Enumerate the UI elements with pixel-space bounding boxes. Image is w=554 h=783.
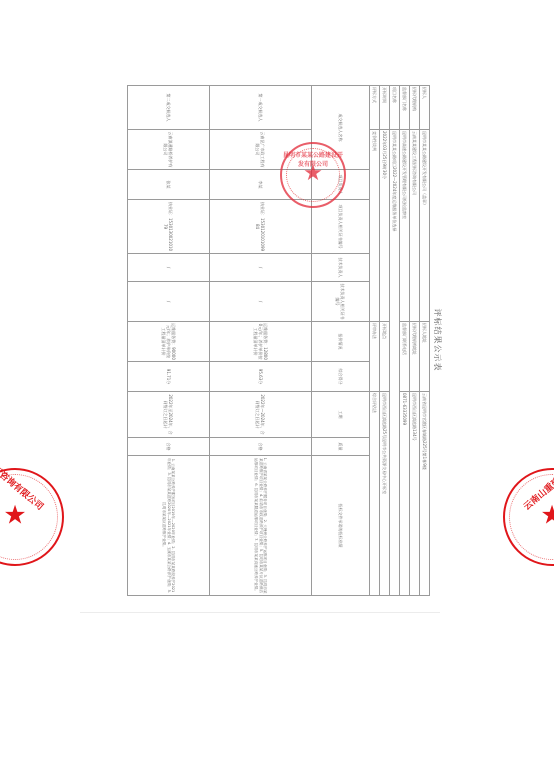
info-label: 招标人地址 — [420, 322, 430, 392]
scan-divider — [80, 612, 440, 613]
header-cell: 质量 — [312, 438, 370, 456]
candidate-tech: / — [210, 254, 312, 282]
info-row: 招标代理机构 云南某某建设工程招标咨询有限公司 招标代理机构地址 昆明市西山区滇… — [410, 86, 420, 596]
star-icon: ★ — [540, 503, 554, 529]
header-cell: 工期 — [312, 392, 370, 438]
candidate-performance: 1. 云南省某某公路养护服务项目业绩；2. 大理州公路养护运维项目业绩；3. 昆… — [210, 456, 312, 596]
star-icon: ★ — [303, 163, 323, 185]
candidate-score: 95.63分 — [210, 362, 312, 392]
candidate-tech-cert: / — [210, 282, 312, 322]
candidate-pm-cert: 执业证：153012010109984 — [210, 200, 312, 254]
header-cell: 项目负责人相关证书编号 — [312, 200, 370, 254]
info-value: 昆明市某某公路项目2022—2024年度运维服务单位选择 — [390, 130, 400, 596]
candidate-period: 2022年—2024年，合同签订之日起计 — [210, 392, 312, 438]
header-cell: 投标文件承诺的投标业绩 — [312, 456, 370, 596]
info-value: 昆明市西山区滇池路25号昆明市公共资源交易中心开标室 — [380, 392, 390, 596]
document-title: 评标结果公示表 — [430, 85, 444, 595]
info-row: 开标时间 2022年03月25日9时30分 开标地点 昆明市西山区滇池路25号昆… — [380, 86, 390, 596]
candidate-score: 91.71分 — [128, 362, 210, 392]
candidate-name: 云南滇通路桥养护有限公司 — [128, 130, 210, 170]
info-value: 昆明市西山区滇池路134号 — [410, 392, 420, 596]
info-label: 开标时间 — [380, 86, 390, 130]
info-value: 竞争性谈判 — [370, 130, 380, 322]
bidder-seal-stamp: 昆明市某某公路建设开发有限公司 ★ — [280, 142, 346, 208]
info-row: 招标人 昆明市某某公路建设开发有限公司（盖章） 招标人地址 云南省昆明市官渡区春… — [420, 86, 430, 596]
info-value: 综合评估法 — [370, 392, 380, 596]
supervisor-seal-stamp: 云南山重建设工程 ★ — [503, 468, 554, 566]
info-label: 招标代理机构 — [410, 86, 420, 130]
candidate-tech: / — [128, 254, 210, 282]
header-cell: 报价情况 — [312, 322, 370, 362]
info-value: 0871-63335099 — [400, 392, 410, 596]
bid-result-table: 招标人 昆明市某某公路建设开发有限公司（盖章） 招标人地址 云南省昆明市官渡区春… — [127, 85, 430, 596]
info-value: 昆明市高速公路建设开发管理有限公司纪检监察室 — [400, 130, 410, 322]
candidate-performance: 1. 云南某某公路养护服务项目2019年—2020年业绩；2. 昆明市某某路段养… — [128, 456, 210, 596]
info-label: 评标方式 — [370, 86, 380, 130]
header-cell: 综合得分 — [312, 362, 370, 392]
star-icon: ★ — [3, 503, 26, 529]
header-cell: 技术负责人相关证书编号 — [312, 282, 370, 322]
info-label: 监督部门联系电话 — [400, 322, 410, 392]
info-value: 云南省昆明市官渡区春城路225号第1栋9楼 — [420, 392, 430, 596]
info-label: 项目名称 — [390, 86, 400, 130]
info-row: 评标方式 竞争性谈判 评审办法 综合评估法 — [370, 86, 380, 596]
candidate-period: 2022年至2024年，合同签订之日起计 — [128, 392, 210, 438]
candidate-pm-cert: 执业证：153013002101079 — [128, 200, 210, 254]
info-label: 招标代理机构地址 — [410, 322, 420, 392]
candidate-quality: 合格 — [210, 438, 312, 456]
header-cell: 技术负责人 — [312, 254, 370, 282]
info-label: 评审办法 — [370, 322, 380, 392]
info-row: 监督部门名称 昆明市高速公路建设开发管理有限公司纪检监察室 监督部门联系电话 0… — [400, 86, 410, 596]
info-value: 云南某某建设工程招标咨询有限公司 — [410, 130, 420, 322]
info-label: 监督部门名称 — [400, 86, 410, 130]
candidate-price: 运维服务费：90000元/年；养护单价按工程量清单计价 — [128, 322, 210, 362]
candidate-rank: 第二成交候选人 — [128, 86, 210, 130]
candidate-quality: 合格 — [128, 438, 210, 456]
agency-seal-stamp: 招标咨询有限公司 ★ — [0, 468, 64, 566]
info-row: 项目名称 昆明市某某公路项目2022—2024年度运维服务单位选择 — [390, 86, 400, 596]
candidate-price: 运维服务费：128000元/年；养护单价按工程量清单计价 — [210, 322, 312, 362]
candidate-rank: 第一成交候选人 — [210, 86, 312, 130]
candidate-tech-cert: / — [128, 282, 210, 322]
info-label: 招标人 — [420, 86, 430, 130]
candidate-pm: 张某 — [128, 170, 210, 200]
info-value: 2022年03月25日9时30分 — [380, 130, 390, 322]
info-label: 开标地点 — [380, 322, 390, 392]
candidate-row: 第二成交候选人 云南滇通路桥养护有限公司 张某 执业证：153013002101… — [128, 86, 210, 596]
info-value: 昆明市某某公路建设开发有限公司（盖章） — [420, 130, 430, 322]
